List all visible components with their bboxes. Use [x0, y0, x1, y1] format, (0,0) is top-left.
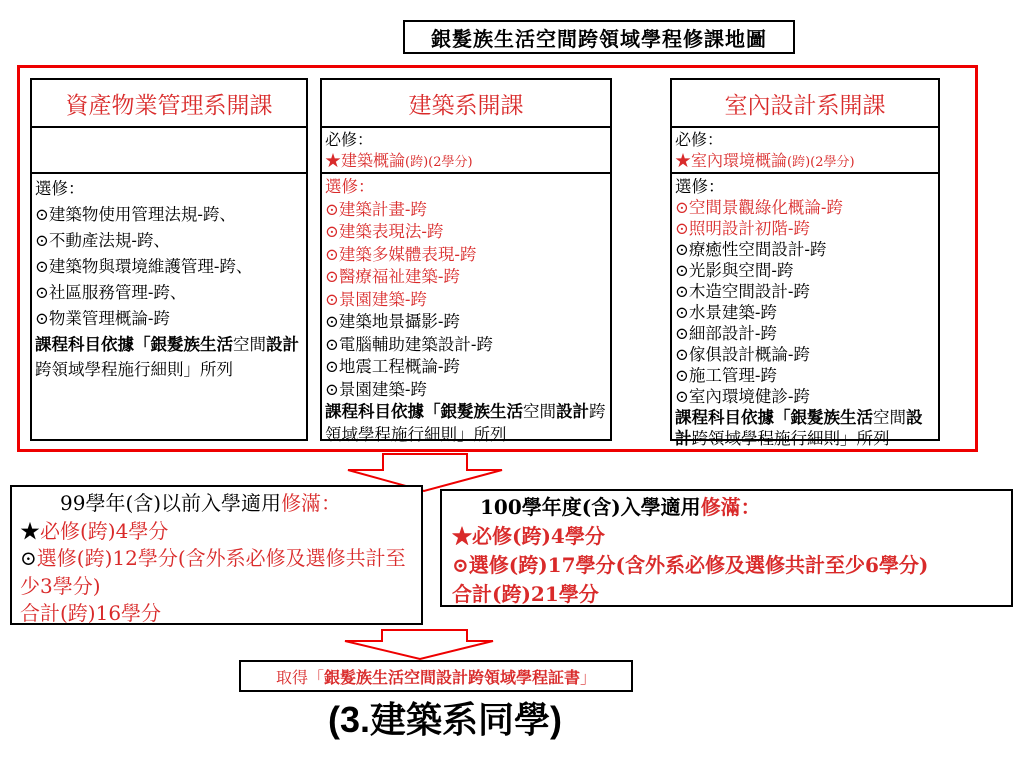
rule-line: ★必修(跨)4學分: [20, 518, 417, 546]
rule-line: 合計(跨)21學分: [452, 580, 1007, 609]
column-header-label: 室內設計系開課: [725, 87, 886, 120]
course-item: ⊙地震工程概論-跨: [325, 356, 607, 379]
course-item: ⊙建築物使用管理法規-跨、: [35, 202, 303, 228]
course-note: 課程科目依據「銀髮族生活空間設計跨領域學程施行細則」所列: [675, 407, 935, 449]
note-bold-part: 課程科目依據「銀髮族生活: [675, 408, 873, 427]
column-header-label: 資產物業管理系開課: [66, 87, 273, 120]
required-course-name: ★建築概論: [325, 151, 405, 170]
course-item: ⊙社區服務管理-跨、: [35, 280, 303, 306]
dot-icon: ⊙: [20, 546, 37, 570]
certificate-name: 銀髮族生活空間設計跨領域學程証書: [324, 665, 580, 688]
title-box: 銀髮族生活空間跨領域學程修課地圖: [403, 20, 795, 54]
column-property-management: 資產物業管理系開課 選修： ⊙建築物使用管理法規-跨、 ⊙不動產法規-跨、 ⊙建…: [30, 78, 308, 441]
page-title: 銀髮族生活空間跨領域學程修課地圖: [431, 23, 767, 52]
down-arrow-bottom: [343, 628, 495, 661]
note-normal-part: 跨領域學程施行細則」所列: [35, 360, 233, 379]
electives-cell: 選修： ⊙建築計畫-跨 ⊙建築表現法-跨 ⊙建築多媒體表現-跨 ⊙醫療福祉建築-…: [322, 174, 610, 448]
column-header: 室內設計系開課: [672, 80, 938, 128]
rule-text-black: 100學年度(含)入學適用: [480, 495, 701, 519]
course-note: 課程科目依據「銀髮族生活空間設計跨領域學程施行細則」所列: [325, 401, 607, 446]
rule-box-99: 99學年(含)以前入學適用修滿： ★必修(跨)4學分 ⊙選修(跨)12學分(含外…: [10, 485, 423, 625]
column-header-label: 建築系開課: [409, 87, 524, 120]
required-cell: 必修： ★建築概論(跨)(2學分): [322, 128, 610, 174]
star-icon: ★: [20, 519, 40, 543]
course-item: ⊙物業管理概論-跨: [35, 306, 303, 332]
course-item: ⊙景園建築-跨: [325, 379, 607, 402]
note-normal-part: 空間: [233, 335, 266, 354]
course-item: ⊙空間景觀綠化概論-跨: [675, 197, 935, 218]
slide-canvas: 銀髮族生活空間跨領域學程修課地圖 資產物業管理系開課 選修： ⊙建築物使用管理法…: [0, 0, 1024, 768]
rule-line: ⊙選修(跨)12學分(含外系必修及選修共計至少3學分): [20, 545, 417, 600]
course-item: ⊙不動產法規-跨、: [35, 228, 303, 254]
course-item: ⊙水景建築-跨: [675, 302, 935, 323]
course-item: ⊙建築多媒體表現-跨: [325, 244, 607, 267]
column-architecture: 建築系開課 必修： ★建築概論(跨)(2學分) 選修： ⊙建築計畫-跨 ⊙建築表…: [320, 78, 612, 441]
column-header: 資產物業管理系開課: [32, 80, 306, 128]
course-item: ⊙照明設計初階-跨: [675, 218, 935, 239]
note-bold-part: 設計: [266, 335, 299, 354]
note-normal-part: 空間: [873, 408, 906, 427]
required-label: 必修：: [675, 129, 935, 150]
course-item: ⊙建築地景攝影-跨: [325, 311, 607, 334]
elective-label: 選修：: [675, 176, 935, 197]
required-course-credits: (跨)(2學分): [405, 155, 473, 170]
course-item: ⊙細部設計-跨: [675, 323, 935, 344]
certificate-prefix: 取得「: [276, 665, 324, 688]
note-bold-part: 課程科目依據「銀髮族生活: [325, 402, 523, 421]
required-label: 必修：: [325, 129, 607, 150]
course-item: ⊙建築計畫-跨: [325, 199, 607, 222]
certificate-box: 取得「銀髮族生活空間設計跨領域學程証書」: [239, 660, 633, 692]
course-note: 課程科目依據「銀髮族生活空間設計跨領域學程施行細則」所列: [35, 332, 303, 382]
course-item: ⊙療癒性空間設計-跨: [675, 239, 935, 260]
note-normal-part: 空間: [523, 402, 556, 421]
rule-text-red: 修滿：: [281, 491, 341, 515]
required-cell-empty: [32, 128, 306, 174]
course-item: ⊙電腦輔助建築設計-跨: [325, 334, 607, 357]
rule-text-red: 必修(跨)4學分: [40, 519, 168, 543]
rule-text-black: 99學年(含)以前入學適用: [60, 491, 281, 515]
required-course: ★室內環境概論(跨)(2學分): [675, 150, 935, 173]
rule-line: 99學年(含)以前入學適用修滿：: [20, 490, 417, 518]
certificate-suffix: 」: [580, 665, 596, 688]
required-course-name: ★室內環境概論: [675, 151, 787, 170]
rule-line: ★必修(跨)4學分: [452, 522, 1007, 551]
rule-text-red: 修滿：: [701, 495, 761, 519]
rule-box-100: 100學年度(含)入學適用修滿： ★必修(跨)4學分 ⊙選修(跨)17學分(含外…: [440, 489, 1013, 607]
note-normal-part: 跨領域學程施行細則」所列: [692, 429, 890, 448]
course-item: ⊙建築物與環境維護管理-跨、: [35, 254, 303, 280]
electives-cell: 選修： ⊙空間景觀綠化概論-跨 ⊙照明設計初階-跨 ⊙療癒性空間設計-跨 ⊙光影…: [672, 174, 938, 451]
rule-line: 合計(跨)16學分: [20, 600, 417, 628]
electives-cell: 選修： ⊙建築物使用管理法規-跨、 ⊙不動產法規-跨、 ⊙建築物與環境維護管理-…: [32, 174, 306, 384]
course-item: ⊙光影與空間-跨: [675, 260, 935, 281]
required-cell: 必修： ★室內環境概論(跨)(2學分): [672, 128, 938, 174]
note-bold-part: 設計: [556, 402, 589, 421]
rule-text-red: 選修(跨)12學分(含外系必修及選修共計至少3學分): [20, 546, 406, 598]
column-interior-design: 室內設計系開課 必修： ★室內環境概論(跨)(2學分) 選修： ⊙空間景觀綠化概…: [670, 78, 940, 441]
elective-label: 選修：: [35, 176, 303, 202]
note-bold-part: 課程科目依據「銀髮族生活: [35, 335, 233, 354]
course-item: ⊙傢俱設計概論-跨: [675, 344, 935, 365]
course-item: ⊙室內環境健診-跨: [675, 386, 935, 407]
course-item: ⊙木造空間設計-跨: [675, 281, 935, 302]
required-course-credits: (跨)(2學分): [787, 155, 855, 170]
course-item: ⊙建築表現法-跨: [325, 221, 607, 244]
required-course: ★建築概論(跨)(2學分): [325, 150, 607, 173]
course-item: ⊙醫療福祉建築-跨: [325, 266, 607, 289]
course-item: ⊙景園建築-跨: [325, 289, 607, 312]
column-header: 建築系開課: [322, 80, 610, 128]
course-item: ⊙施工管理-跨: [675, 365, 935, 386]
rule-line: ⊙選修(跨)17學分(含外系必修及選修共計至少6學分): [452, 551, 1007, 580]
rule-line: 100學年度(含)入學適用修滿：: [452, 493, 1007, 522]
slide-caption: (3.建築系同學): [130, 692, 760, 743]
elective-label: 選修：: [325, 176, 607, 199]
